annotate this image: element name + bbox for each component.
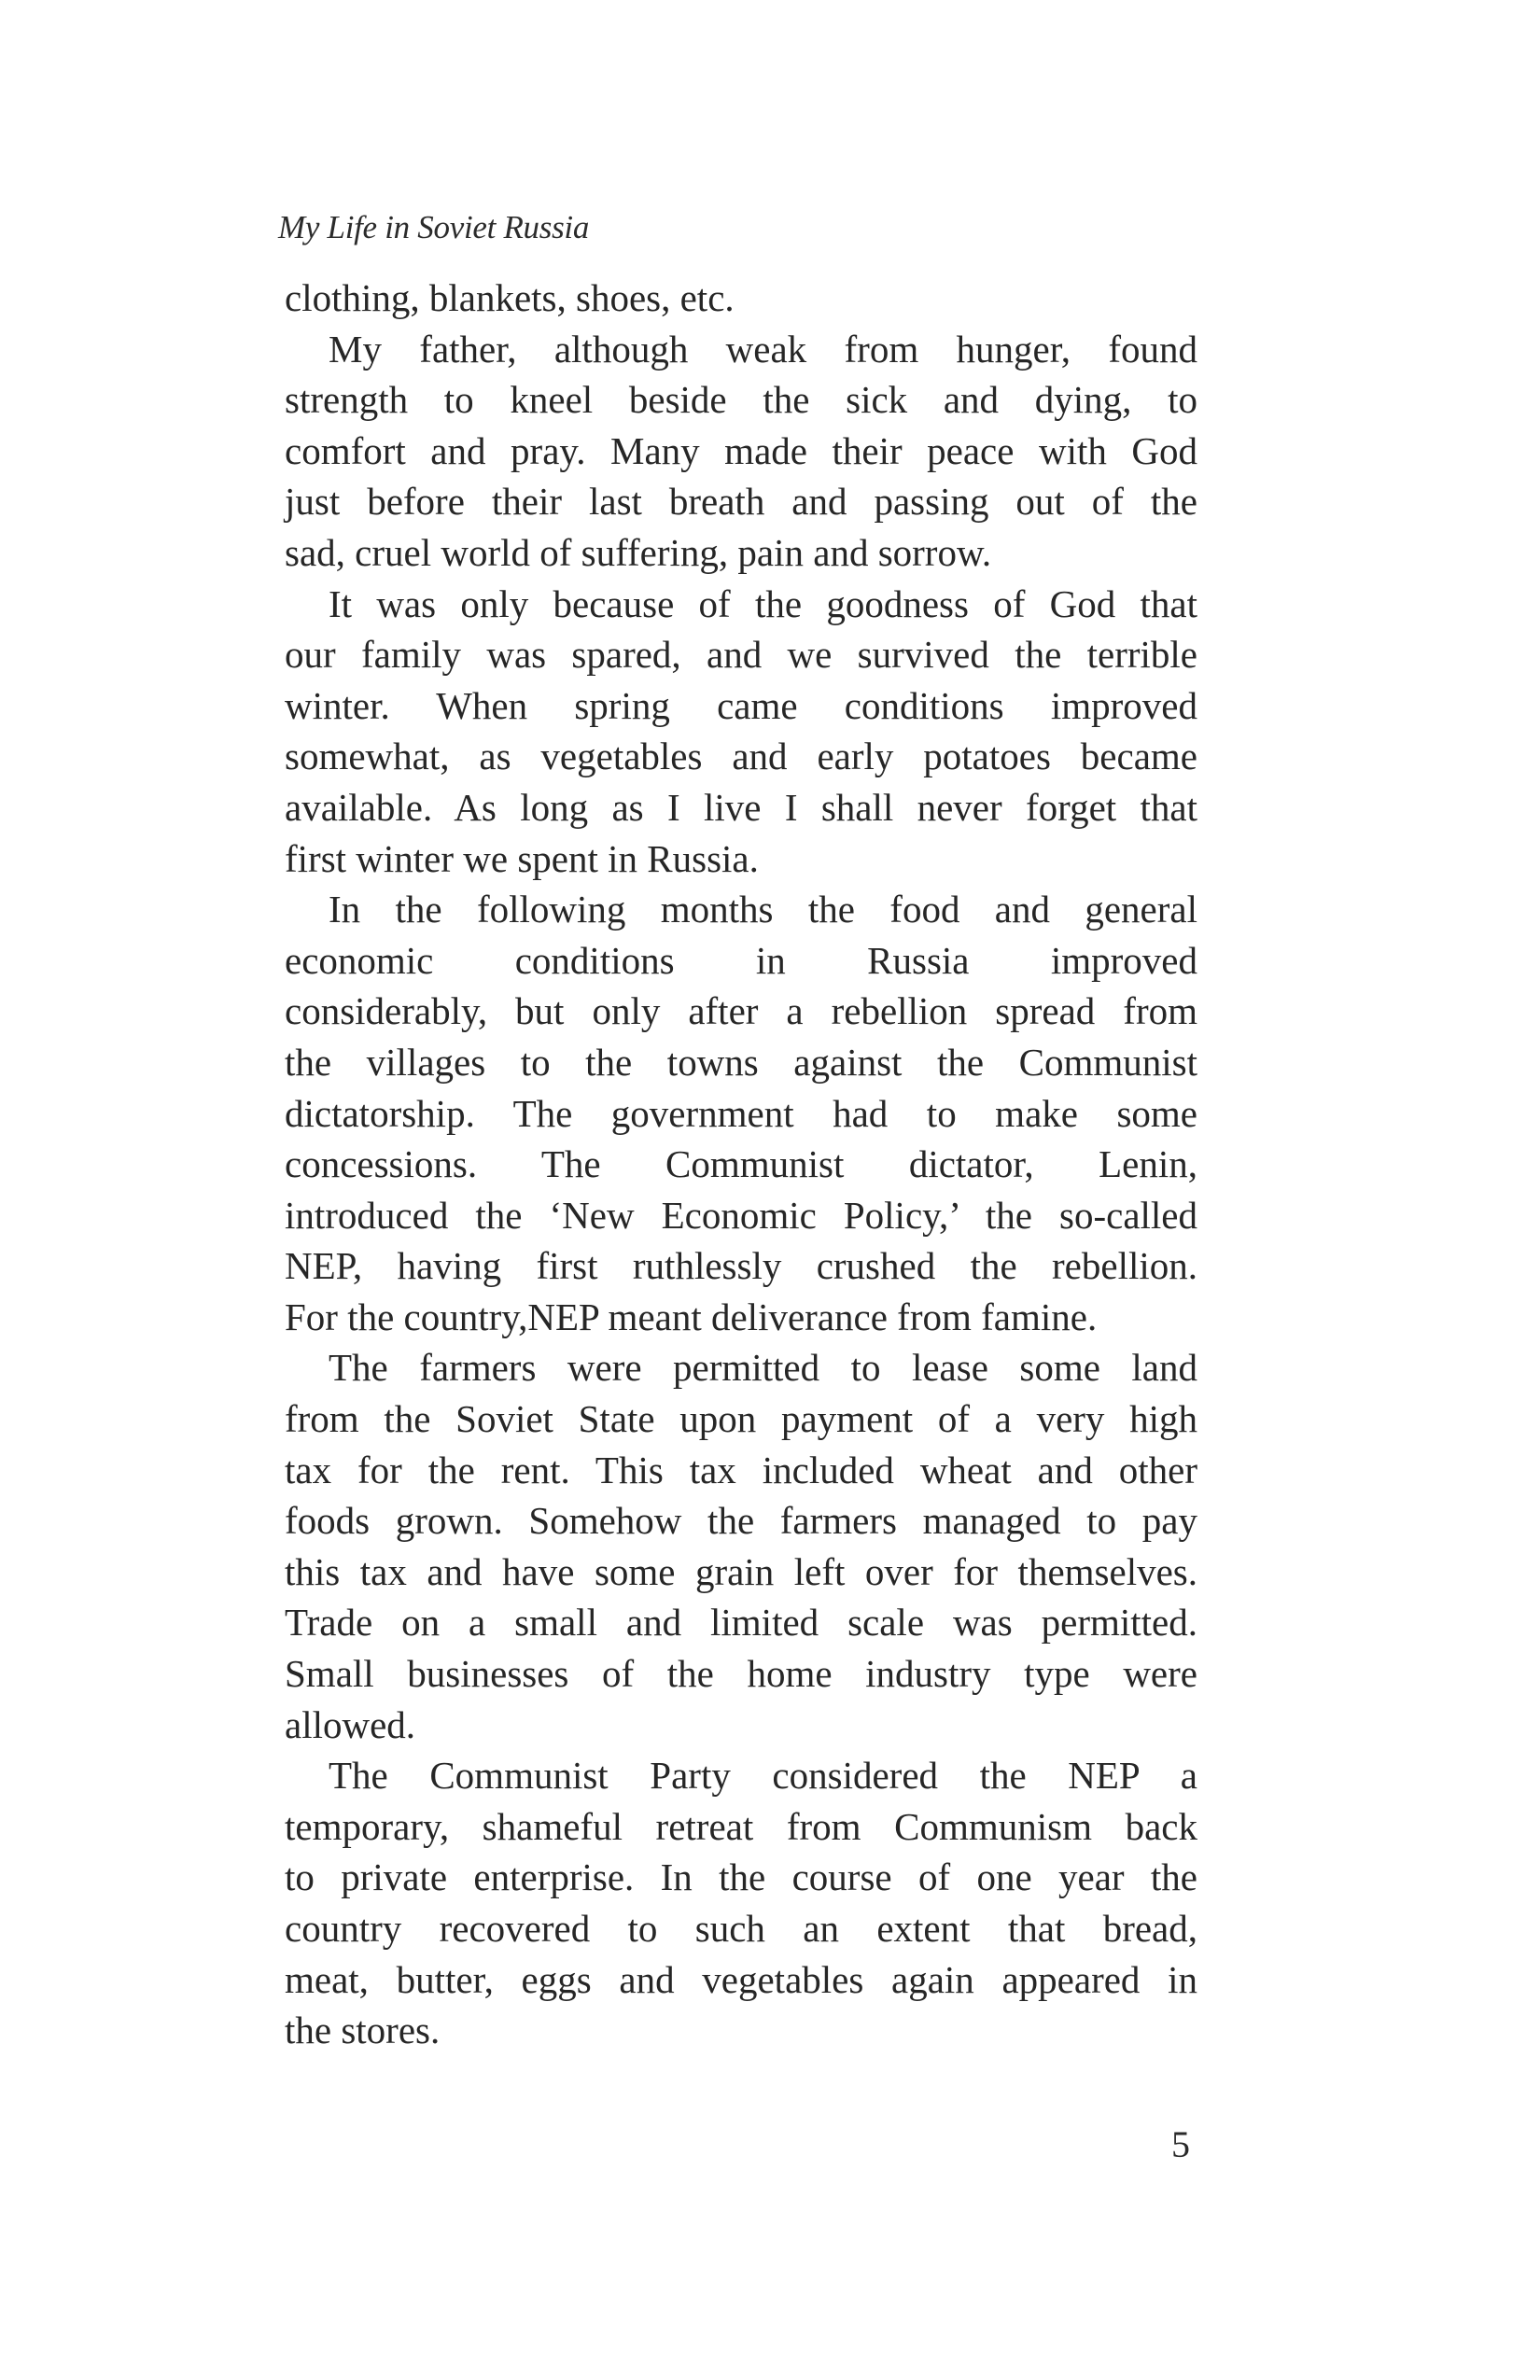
text-line: concessions. The Communist dictator, Len…	[285, 1139, 1197, 1190]
text-line: tax for the rent. This tax included whea…	[285, 1445, 1197, 1496]
paragraph: My father, although weak from hunger, fo…	[285, 324, 1197, 579]
text-line: from the Soviet State upon payment of a …	[285, 1393, 1197, 1445]
paragraph: In the following months the food and gen…	[285, 884, 1197, 1342]
text-line: My father, although weak from hunger, fo…	[285, 324, 1197, 375]
text-line: considerably, but only after a rebellion…	[285, 986, 1197, 1037]
text-line: country recovered to such an extent that…	[285, 1903, 1197, 1954]
body-text: clothing, blankets, shoes, etc.My father…	[285, 273, 1197, 2056]
text-line: temporary, shameful retreat from Communi…	[285, 1801, 1197, 1853]
text-line: The Communist Party considered the NEP a	[285, 1750, 1197, 1801]
text-line: strength to kneel beside the sick and dy…	[285, 374, 1197, 426]
text-line: introduced the ‘New Economic Policy,’ th…	[285, 1190, 1197, 1241]
text-line: first winter we spent in Russia.	[285, 833, 1197, 885]
text-line: just before their last breath and passin…	[285, 476, 1197, 527]
text-line: our family was spared, and we survived t…	[285, 629, 1197, 680]
text-line: meat, butter, eggs and vegetables again …	[285, 1954, 1197, 2006]
text-line: the stores.	[285, 2005, 1197, 2056]
text-line: available. As long as I live I shall nev…	[285, 782, 1197, 833]
text-line: In the following months the food and gen…	[285, 884, 1197, 935]
running-head: My Life in Soviet Russia	[278, 207, 589, 248]
text-line: comfort and pray. Many made their peace …	[285, 426, 1197, 477]
text-line: dictatorship. The government had to make…	[285, 1088, 1197, 1140]
page-number: 5	[1171, 2124, 1190, 2165]
text-line: winter. When spring came conditions impr…	[285, 680, 1197, 732]
paragraph: It was only because of the goodness of G…	[285, 579, 1197, 885]
text-line: For the country,NEP meant deliverance fr…	[285, 1292, 1197, 1343]
text-line: the villages to the towns against the Co…	[285, 1037, 1197, 1088]
paragraph: The farmers were permitted to lease some…	[285, 1342, 1197, 1750]
text-line: It was only because of the goodness of G…	[285, 579, 1197, 630]
text-line: somewhat, as vegetables and early potato…	[285, 731, 1197, 782]
text-line: allowed.	[285, 1700, 1197, 1751]
text-line: economic conditions in Russia improved	[285, 935, 1197, 987]
text-line: clothing, blankets, shoes, etc.	[285, 273, 1197, 324]
text-line: this tax and have some grain left over f…	[285, 1547, 1197, 1598]
paragraph: The Communist Party considered the NEP a…	[285, 1750, 1197, 2056]
paragraph: clothing, blankets, shoes, etc.	[285, 273, 1197, 324]
text-line: foods grown. Somehow the farmers managed…	[285, 1495, 1197, 1547]
text-line: Small businesses of the home industry ty…	[285, 1648, 1197, 1700]
text-line: sad, cruel world of suffering, pain and …	[285, 527, 1197, 579]
text-line: Trade on a small and limited scale was p…	[285, 1597, 1197, 1648]
text-line: NEP, having first ruthlessly crushed the…	[285, 1240, 1197, 1292]
text-line: The farmers were permitted to lease some…	[285, 1342, 1197, 1393]
text-line: to private enterprise. In the course of …	[285, 1852, 1197, 1903]
